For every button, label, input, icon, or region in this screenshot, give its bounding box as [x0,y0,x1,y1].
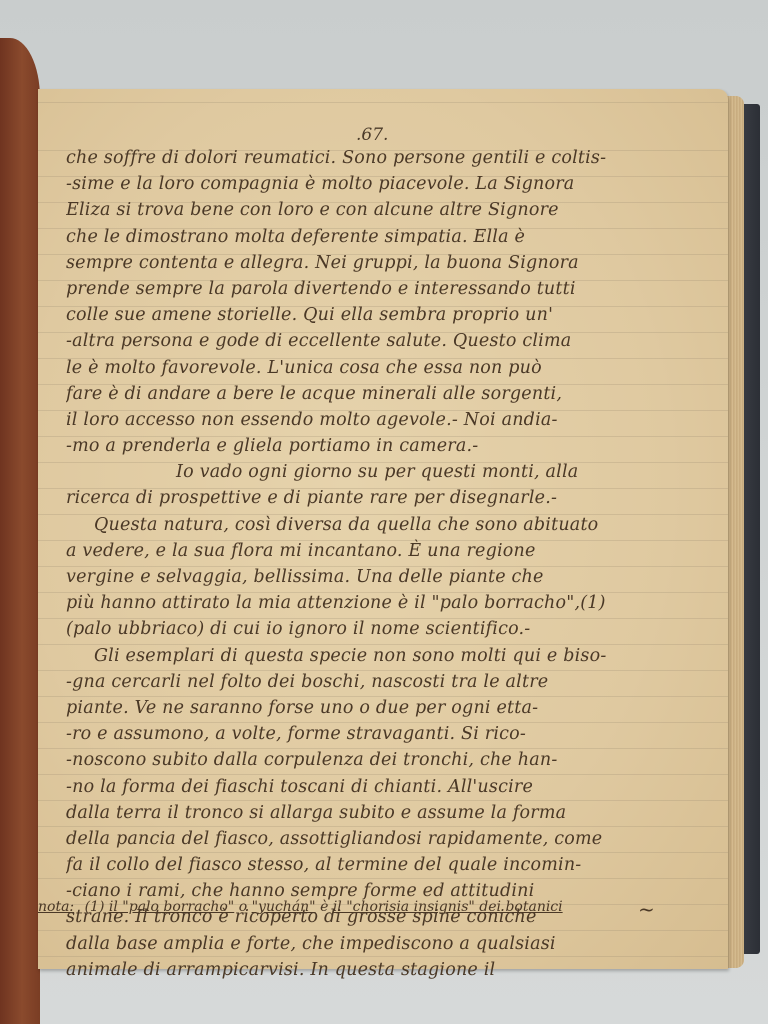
text-line: che le dimostrano molta deferente simpat… [66,224,706,250]
text-line: dalla terra il tronco si allarga subito … [66,800,706,826]
text-line: prende sempre la parola divertendo e int… [66,276,706,302]
text-line: (palo ubbriaco) di cui io ignoro il nome… [66,616,706,642]
footnote-term-2: "yuchán" [252,899,316,915]
text-line: -gna cercarli nel folto dei boschi, nasc… [66,669,706,695]
text-line: fare è di andare a bere le acque mineral… [66,381,706,407]
text-line: le è molto favorevole. L'unica cosa che … [66,355,706,381]
page-number: .67. [356,125,388,145]
text-line: Gli esemplari di questa specie non sono … [66,643,706,669]
text-line: -noscono subito dalla corpulenza dei tro… [66,747,706,773]
footnote-term-1: il "palo borracho" [109,899,234,915]
text-line: ricerca di prospettive e di piante rare … [66,485,706,511]
text-line: Questa natura, così diversa da quella ch… [66,512,706,538]
text-line: fa il collo del fiasco stesso, al termin… [66,852,706,878]
text-line: colle sue amene storielle. Qui ella semb… [66,302,706,328]
footnote-connector-2: è [320,899,328,915]
text-line: il loro accesso non essendo molto agevol… [66,407,706,433]
text-line: -ro e assumono, a volte, forme stravagan… [66,721,706,747]
text-line: animale di arrampicarvisi. In questa sta… [66,957,706,983]
text-line: vergine e selvaggia, bellissima. Una del… [66,564,706,590]
footnote-label: nota: [38,899,74,915]
text-line: -no la forma dei fiaschi toscani di chia… [66,774,706,800]
footnote: nota: (1) il "palo borracho" o "yuchán" … [38,899,678,915]
text-line: più hanno attirato la mia attenzione è i… [66,590,706,616]
manuscript-page: .67. che soffre di dolori reumatici. Son… [38,89,728,969]
text-line: -mo a prenderla e gliela portiamo in cam… [66,433,706,459]
text-line: Eliza si trova bene con loro e con alcun… [66,197,706,223]
text-line: Io vado ogni giorno su per questi monti,… [66,459,706,485]
text-line: che soffre di dolori reumatici. Sono per… [66,145,706,171]
text-line: sempre contenta e allegra. Nei gruppi, l… [66,250,706,276]
footnote-term-3: il "chorisia insignis" dei botanici [333,899,563,915]
text-line: -sime e la loro compagnia è molto piacev… [66,171,706,197]
footnote-connector-1: o [239,899,247,915]
footnote-marker: (1) [85,899,105,915]
text-line: dalla base amplia e forte, che impedisco… [66,931,706,957]
text-line: a vedere, e la sua flora mi incantano. È… [66,538,706,564]
notebook-cover [0,38,40,1024]
text-line: della pancia del fiasco, assottigliandos… [66,826,706,852]
text-line: -altra persona e gode di eccellente salu… [66,328,706,354]
text-line: piante. Ve ne saranno forse uno o due pe… [66,695,706,721]
handwritten-text: che soffre di dolori reumatici. Sono per… [66,145,706,983]
